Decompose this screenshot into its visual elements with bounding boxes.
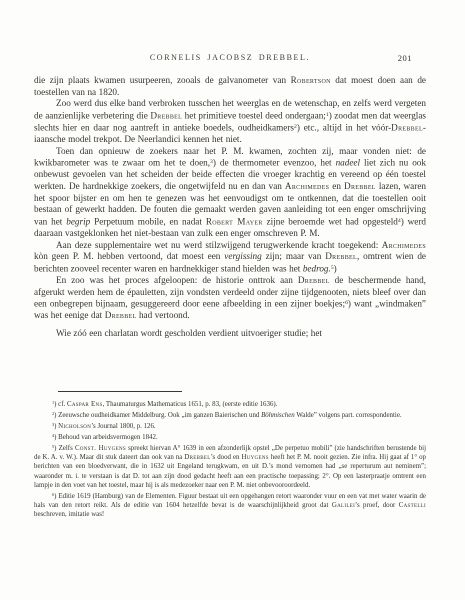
footnotes: 1) cf. Caspar Ens, Thaumaturgus Mathemat…: [34, 398, 426, 520]
page-title: CORNELIS JACOBSZ DREBBEL.: [34, 53, 426, 62]
text-segment: had vertoond.: [136, 310, 189, 320]
emphasis-text: begrip: [66, 216, 90, 226]
text-segment: ) Zeeuwsche oudheidkamer Middelburg. Ook…: [54, 412, 261, 419]
text-segment: ) Zelfs: [54, 445, 75, 452]
paragraph: die zijn plaats kwamen usurpeeren, zooal…: [34, 75, 426, 98]
footnote-rule: [58, 391, 182, 392]
paragraph: Wie zóó een charlatan wordt gescholden v…: [34, 328, 426, 340]
proper-name: Drebbel: [325, 251, 357, 261]
book-page: CORNELIS JACOBSZ DREBBEL. 201 die zijn p…: [0, 0, 465, 600]
footnote: 2) Zeeuwsche oudheidkamer Middelburg. Oo…: [34, 409, 426, 420]
text-segment: die zijn plaats kwamen usurpeeren, zooal…: [34, 75, 291, 85]
proper-name: Nicholson: [58, 423, 91, 430]
paragraph: Toen dan opnieuw de zoekers naar het P. …: [34, 146, 426, 240]
footnote: 6) Editie 1619 (Hamburg) van de Elemente…: [34, 490, 426, 520]
emphasis-text: bedrog.: [303, 263, 331, 273]
page-header: CORNELIS JACOBSZ DREBBEL. 201: [34, 53, 426, 65]
text-segment: Aan deze supplementaire wet nu werd stil…: [56, 240, 382, 250]
text-segment: Walde” volgens part. correspondentie.: [295, 412, 402, 419]
proper-name: Drebbel: [184, 454, 210, 461]
proper-name: Castelli: [399, 502, 426, 509]
proper-name: Caspar Ens: [67, 401, 103, 408]
proper-name: Robertson: [291, 75, 331, 85]
paragraph: En zoo was het proces afgeloopen: de his…: [34, 275, 426, 322]
emphasis-text: nadeel: [336, 158, 361, 168]
text-segment: En zoo was het proces afgeloopen: de his…: [56, 275, 298, 285]
emphasis-text: vergissing: [224, 251, 261, 261]
footnote: 1) cf. Caspar Ens, Thaumaturgus Mathemat…: [34, 398, 426, 409]
text-segment: , Thaumaturgus Mathematicus 1651, p. 83,…: [103, 401, 278, 408]
proper-name: Archimedes: [285, 181, 329, 191]
text-segment: beschreven, imitatie was!: [34, 511, 104, 518]
text-segment: ): [334, 263, 337, 273]
text-segment: zijn; maar van: [262, 251, 325, 261]
proper-name: Huygens: [241, 454, 268, 461]
proper-name: Drebbel: [391, 122, 423, 132]
text-segment: ) Behoud van arbeidsvermogen 1842.: [54, 434, 158, 441]
text-segment: kòn geen P. M. hebben vertoond, dat moes…: [34, 251, 224, 261]
footnote: 4) Behoud van arbeidsvermogen 1842.: [34, 431, 426, 442]
text-segment: ) de thermometer evenzoo, het: [213, 158, 336, 168]
footnote: 5) Zelfs Const. Huygens spreekt hiervan …: [34, 442, 426, 490]
paragraph: Zoo werd dus elke band verbroken tussche…: [34, 98, 426, 145]
proper-name: Robert Mayer: [206, 216, 263, 226]
paragraph: Aan deze supplementaire wet nu werd stil…: [34, 240, 426, 275]
text-segment: ) cf.: [54, 401, 67, 408]
emphasis-text: Böhmischen: [261, 412, 295, 419]
proper-name: Drebbel: [344, 181, 376, 191]
text-segment: zijne beroemde wet had opgesteld: [263, 216, 398, 226]
proper-name: Galilei: [332, 502, 355, 509]
text-segment: ) etc., altijd in het vóór-: [297, 122, 391, 132]
text-segment: ’s Journal 1800, p. 126.: [91, 423, 156, 430]
proper-name: Drebbel: [298, 275, 330, 285]
text-segment: het primitieve toestel deed ondergaan;: [182, 110, 326, 120]
text-segment: Perpetuum mobile, en nadat: [90, 216, 206, 226]
proper-name: Const. Huygens: [75, 445, 126, 452]
text-segment: en: [329, 181, 344, 191]
proper-name: Archimedes: [382, 240, 426, 250]
proper-name: Drebbel: [105, 310, 137, 320]
body-text: die zijn plaats kwamen usurpeeren, zooal…: [34, 75, 426, 340]
text-segment: Wie zóó een charlatan wordt gescholden v…: [56, 328, 322, 338]
footnote: 3) Nicholson’s Journal 1800, p. 126.: [34, 420, 426, 431]
text-segment: ’s dood en: [211, 454, 242, 461]
text-segment: ’s proef, door: [355, 502, 399, 509]
page-number: 201: [398, 53, 412, 63]
proper-name: Drebbel: [150, 110, 182, 120]
